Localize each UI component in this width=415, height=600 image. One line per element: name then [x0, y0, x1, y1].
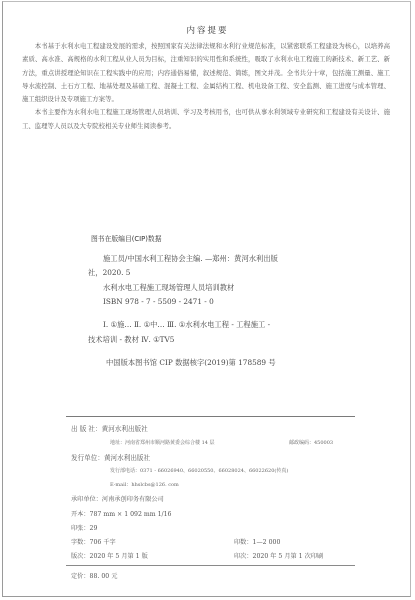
cip-line-1: 施工员/中国水利工程协会主编. —郑州：黄河水利出版 [103, 254, 278, 264]
cip-line-2: 社，2020. 5 [88, 268, 130, 278]
cip-classification-1: Ⅰ. ①施… Ⅱ. ①中… Ⅲ. ①水利水电工程 - 工程施工 - [103, 320, 270, 330]
distributor-email: E-mail：hhslcbs@126. com [110, 481, 179, 488]
edition: 版次：2020 年 5 月第 1 版 [71, 551, 148, 560]
postcode: 邮政编码：450003 [289, 439, 333, 446]
format: 开本：787 mm × 1 092 mm 1/16 [71, 509, 171, 518]
summary-paragraph-1: 本书基于水利水电工程建设发展的需求，按照国家有关法律法规和水利行业规范标准，以紧… [22, 40, 390, 106]
cip-isbn: ISBN 978 - 7 - 5509 - 2471 - 0 [103, 297, 214, 306]
cip-heading: 图书在版编目(CIP)数据 [91, 233, 162, 243]
summary-title: 内容提要 [0, 24, 415, 36]
publisher: 出 版 社：黄河水利出版社 [71, 423, 148, 433]
summary-paragraph-2: 本书主要作为水利水电工程施工现场管理人员培训、学习及考核用书，也可供从事水利领域… [22, 106, 390, 133]
separator-bottom [66, 565, 355, 566]
print-run: 印数：1—2 000 [234, 537, 280, 546]
printing: 印次：2020 年 5 月第 1 次印刷 [234, 551, 323, 560]
publisher-address: 地址：河南省郑州市顺河路黄委会综合楼 14 层 [110, 439, 215, 446]
distributor-phone: 发行部电话：0371 - 66026940、66020550、66028024、… [110, 467, 288, 474]
cip-series: 水利水电工程施工现场管理人员培训教材 [103, 283, 234, 293]
word-count: 字数：706 千字 [71, 537, 116, 546]
summary-body: 本书基于水利水电工程建设发展的需求，按照国家有关法律法规和水利行业规范标准，以紧… [22, 40, 390, 133]
distributor: 发行单位：黄河水利出版社 [71, 452, 150, 462]
printer: 承印单位：河南承创印务有限公司 [71, 494, 164, 503]
separator-top [66, 416, 355, 417]
price: 定价：88. 00 元 [71, 571, 117, 580]
sheets: 印张：29 [71, 523, 97, 532]
cip-classification-2: 技术培训 - 教材 Ⅳ. ①TV5 [88, 335, 174, 345]
cip-record-number: 中国版本图书馆 CIP 数据核字(2019)第 178589 号 [106, 358, 276, 368]
